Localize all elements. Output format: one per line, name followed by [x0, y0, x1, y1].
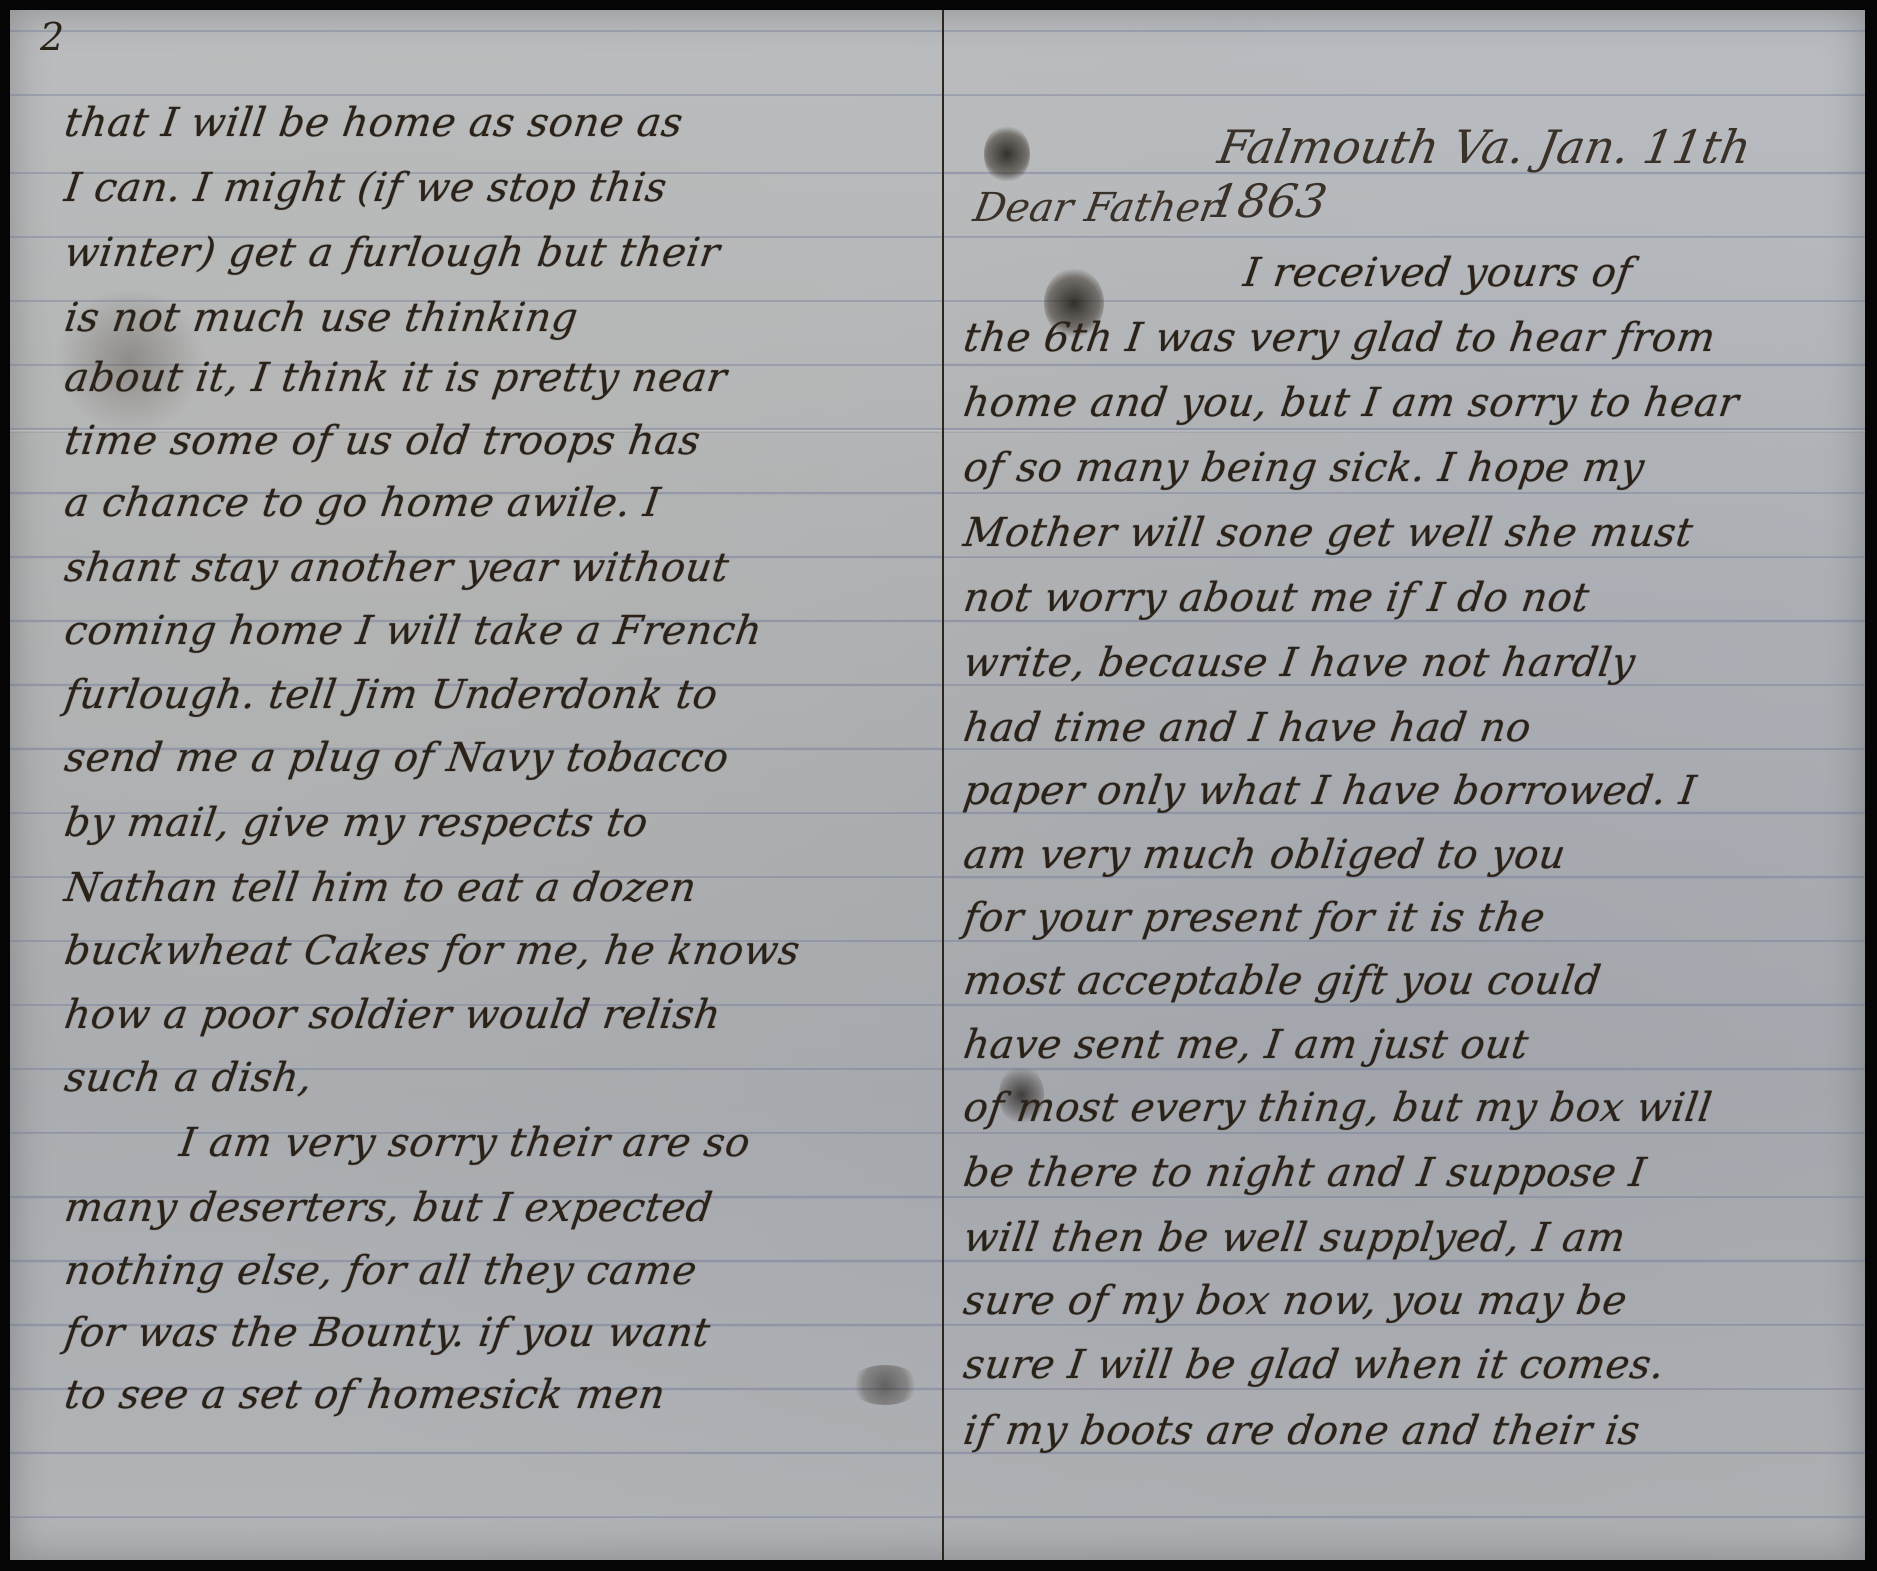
page-number: 2	[40, 15, 64, 59]
paper-crease	[944, 430, 1865, 433]
left-line-5: about it, I think it is pretty near	[62, 355, 730, 401]
left-line-4: is not much use thinking	[62, 295, 581, 341]
right-line-7: write, because I have not hardly	[961, 640, 1638, 686]
left-line-11: send me a plug of Navy tobacco	[62, 735, 732, 781]
right-line-10: am very much obliged to you	[961, 832, 1569, 878]
left-line-3: winter) get a furlough but their	[62, 230, 723, 276]
right-line-17: sure of my box now, you may be	[961, 1278, 1630, 1324]
right-line-3: home and you, but I am sorry to hear	[961, 380, 1742, 426]
left-line-9: coming home I will take a French	[62, 608, 765, 654]
right-line-2: the 6th I was very glad to hear from	[961, 315, 1719, 361]
left-line-20: for was the Bounty. if you want	[62, 1310, 713, 1356]
letter-dateline: Falmouth Va. Jan. 11th 1863	[1204, 120, 1865, 228]
left-line-14: buckwheat Cakes for me, he knows	[62, 928, 803, 974]
right-line-5: Mother will sone get well she must	[961, 510, 1696, 556]
left-line-16: such a dish,	[62, 1055, 316, 1101]
letter-sheet: 2 that I will be home as sone as I can. …	[10, 10, 1865, 1560]
left-line-2: I can. I might (if we stop this	[62, 165, 670, 211]
left-line-6: time some of us old troops has	[62, 418, 704, 464]
right-page: Falmouth Va. Jan. 11th 1863 Dear Father …	[944, 10, 1865, 1560]
left-line-18: many deserters, but I expected	[62, 1185, 716, 1231]
left-line-19: nothing else, for all they came	[62, 1248, 700, 1294]
left-line-1: that I will be home as sone as	[62, 100, 686, 146]
left-line-17: I am very sorry their are so	[177, 1120, 753, 1166]
letter-salutation: Dear Father	[970, 185, 1223, 231]
right-line-11: for your present for it is the	[961, 895, 1548, 941]
left-line-21: to see a set of homesick men	[62, 1372, 669, 1418]
right-line-1: I received yours of	[1241, 250, 1635, 296]
left-line-15: how a poor soldier would relish	[62, 992, 724, 1038]
right-line-16: will then be well supplyed, I am	[961, 1215, 1629, 1261]
right-line-14: of most every thing, but my box will	[961, 1085, 1715, 1131]
right-line-15: be there to night and I suppose I	[961, 1150, 1649, 1196]
right-line-4: of so many being sick. I hope my	[961, 445, 1648, 491]
ink-smudge	[850, 1365, 920, 1405]
right-line-18: sure I will be glad when it comes.	[961, 1342, 1668, 1388]
right-line-8: had time and I have had no	[961, 705, 1534, 751]
left-line-7: a chance to go home awile. I	[62, 480, 664, 526]
left-line-8: shant stay another year without	[62, 545, 732, 591]
right-line-13: have sent me, I am just out	[961, 1022, 1532, 1068]
left-line-13: Nathan tell him to eat a dozen	[62, 865, 700, 911]
right-line-19: if my boots are done and their is	[961, 1408, 1643, 1454]
left-line-12: by mail, give my respects to	[62, 800, 651, 846]
right-line-12: most acceptable gift you could	[961, 958, 1604, 1004]
left-line-10: furlough. tell Jim Underdonk to	[62, 672, 721, 718]
ink-blot	[984, 125, 1030, 183]
right-line-9: paper only what I have borrowed. I	[961, 768, 1699, 814]
right-line-6: not worry about me if I do not	[961, 575, 1593, 621]
left-page: 2 that I will be home as sone as I can. …	[10, 10, 942, 1560]
